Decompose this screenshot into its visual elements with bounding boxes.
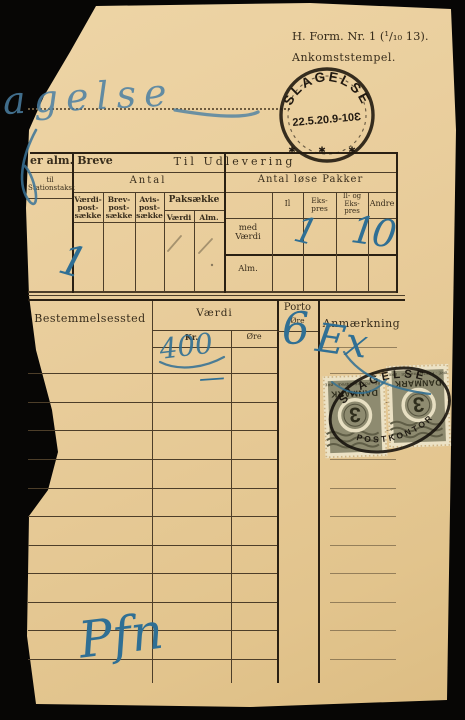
row-label-alm: Alm. [226,265,270,274]
grid-line [194,210,195,292]
column-header-paksaekke: Paksække [164,196,224,206]
grid-line [330,630,396,631]
handwritten-remark: Ex [313,318,370,365]
handwritten-value-dash: — [198,364,226,392]
column-header-avispostsaekke: Avis- post- sække [136,196,163,220]
column-header-paksaekke-vaerdi: Værdi [164,214,194,222]
grid-line [224,254,397,256]
antal-header: Antal [72,176,224,187]
grid-line [72,222,224,223]
grid-line [164,192,165,292]
handwritten-location: agelse [2,73,175,120]
grid-line [330,488,396,489]
grid-line [396,152,398,293]
grid-line [28,459,277,460]
postmark-stars: ✱ ✱ ✱ [288,145,366,155]
grid-line [28,299,405,301]
scanned-postal-form: H. Form. Nr. 1 (¹/₁₀ 13). Ankomststempel… [0,0,465,720]
grid-line [28,545,277,546]
handwritten-signature: Pfn [76,606,166,666]
grid-line [28,295,405,296]
grid-line [28,488,277,489]
grid-line [28,430,277,431]
grid-line [330,545,396,546]
grid-line [28,373,277,374]
column-header-ore: Øre [231,333,277,342]
grid-line [28,172,397,173]
grid-line [28,573,277,574]
grid-line [330,516,396,517]
handwritten-value-kr: 400 [158,329,214,363]
column-header-stationstakst: til Stationstakst [28,177,72,192]
postmark-town-text: SLAGELSE [280,69,373,108]
grid-line [330,659,396,660]
postmark-date-text: 22.5.20.9-10Ɛ [292,111,362,129]
grid-line [28,198,72,199]
grid-line [28,291,397,293]
column-header-bestemmelsessted: Bestemmelsessted [28,313,152,325]
column-header-il: Il [272,200,303,209]
row-label-med-vaerdi: med Værdi [226,224,270,242]
column-header-brevpostsaekke: Brev- post- sække [104,196,134,220]
grid-line [330,602,396,603]
grid-line [28,516,277,517]
antal-loese-pakker-header: Antal løse Pakker [224,175,397,186]
grid-line [28,402,277,403]
stamp-pair-with-cancel: 3 DANMARK ØRE · POSTFRIMÆRKE · ØRE SLAGE… [318,356,462,475]
arrival-stamp-label: Ankomststempel. [292,52,396,64]
grid-line [330,573,396,574]
column-header-paksaekke-alm: Alm. [194,214,224,222]
column-header-andre: Andre [368,200,396,209]
handwritten-andre-count: 10 [349,210,396,254]
handwritten-porto-value: 6 [281,307,311,352]
column-header-vaerdi: Værdi [152,308,277,319]
arrival-postmark: SLAGELSE 22.5.20.9-10Ɛ ✱ ✱ ✱ [276,64,380,168]
column-header-vaerdipostsaekke: Værdi- post- sække [73,196,103,220]
form-number: H. Form. Nr. 1 (¹/₁₀ 13). [292,30,429,42]
grid-line [277,301,279,683]
